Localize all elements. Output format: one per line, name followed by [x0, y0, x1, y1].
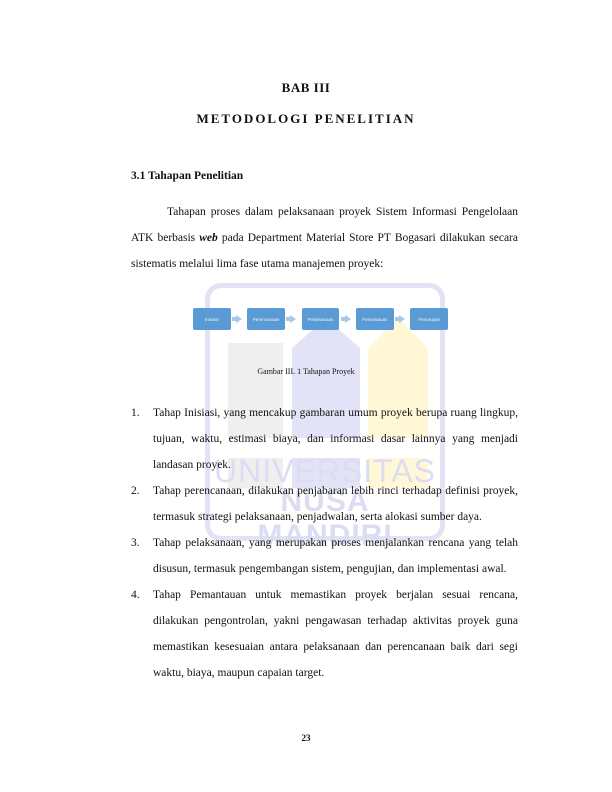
intro-paragraph: Tahapan proses dalam pelaksanaan proyek … [131, 199, 518, 277]
chapter-number: BAB III [0, 80, 612, 96]
arrow-right-icon [231, 315, 248, 323]
list-item-number: 1. [131, 400, 140, 426]
diagram-step-pelaksanaan: Pelaksanaan [302, 308, 340, 330]
diagram-step-inisiasi: Inisiasi [193, 308, 231, 330]
list-item-number: 2. [131, 478, 140, 504]
section-heading: 3.1 Tahapan Penelitian [131, 170, 243, 182]
list-item: 4. Tahap Pemantauan untuk memastikan pro… [131, 582, 518, 686]
intro-text-italic: web [199, 232, 218, 244]
chapter-title: METODOLOGI PENELITIAN [0, 111, 612, 127]
list-item-number: 3. [131, 530, 140, 556]
list-item-text: Tahap Pemantauan untuk memastikan proyek… [153, 589, 518, 679]
page-number: 23 [0, 733, 612, 743]
list-item-text: Tahap pelaksanaan, yang merupakan proses… [153, 537, 518, 575]
arrow-right-icon [394, 315, 411, 323]
phase-list: 1. Tahap Inisiasi, yang mencakup gambara… [131, 400, 518, 686]
document-page: BAB III METODOLOGI PENELITIAN 3.1 Tahapa… [0, 0, 612, 792]
diagram-step-penutupan: Penutupan [410, 308, 448, 330]
arrow-right-icon [285, 315, 302, 323]
project-phase-diagram: Inisiasi Perencanaan Pelaksanaan Pemanta… [193, 307, 448, 331]
figure-caption: Gambar III. 1 Tahapan Proyek [0, 367, 612, 376]
arrow-right-icon [339, 315, 356, 323]
list-item: 1. Tahap Inisiasi, yang mencakup gambara… [131, 400, 518, 478]
diagram-step-perencanaan: Perencanaan [247, 308, 285, 330]
list-item: 2. Tahap perencanaan, dilakukan penjabar… [131, 478, 518, 530]
list-item-number: 4. [131, 582, 140, 608]
diagram-step-pemantauan: Pemantauan [356, 308, 394, 330]
list-item-text: Tahap perencanaan, dilakukan penjabaran … [153, 485, 518, 523]
list-item: 3. Tahap pelaksanaan, yang merupakan pro… [131, 530, 518, 582]
list-item-text: Tahap Inisiasi, yang mencakup gambaran u… [153, 407, 518, 471]
